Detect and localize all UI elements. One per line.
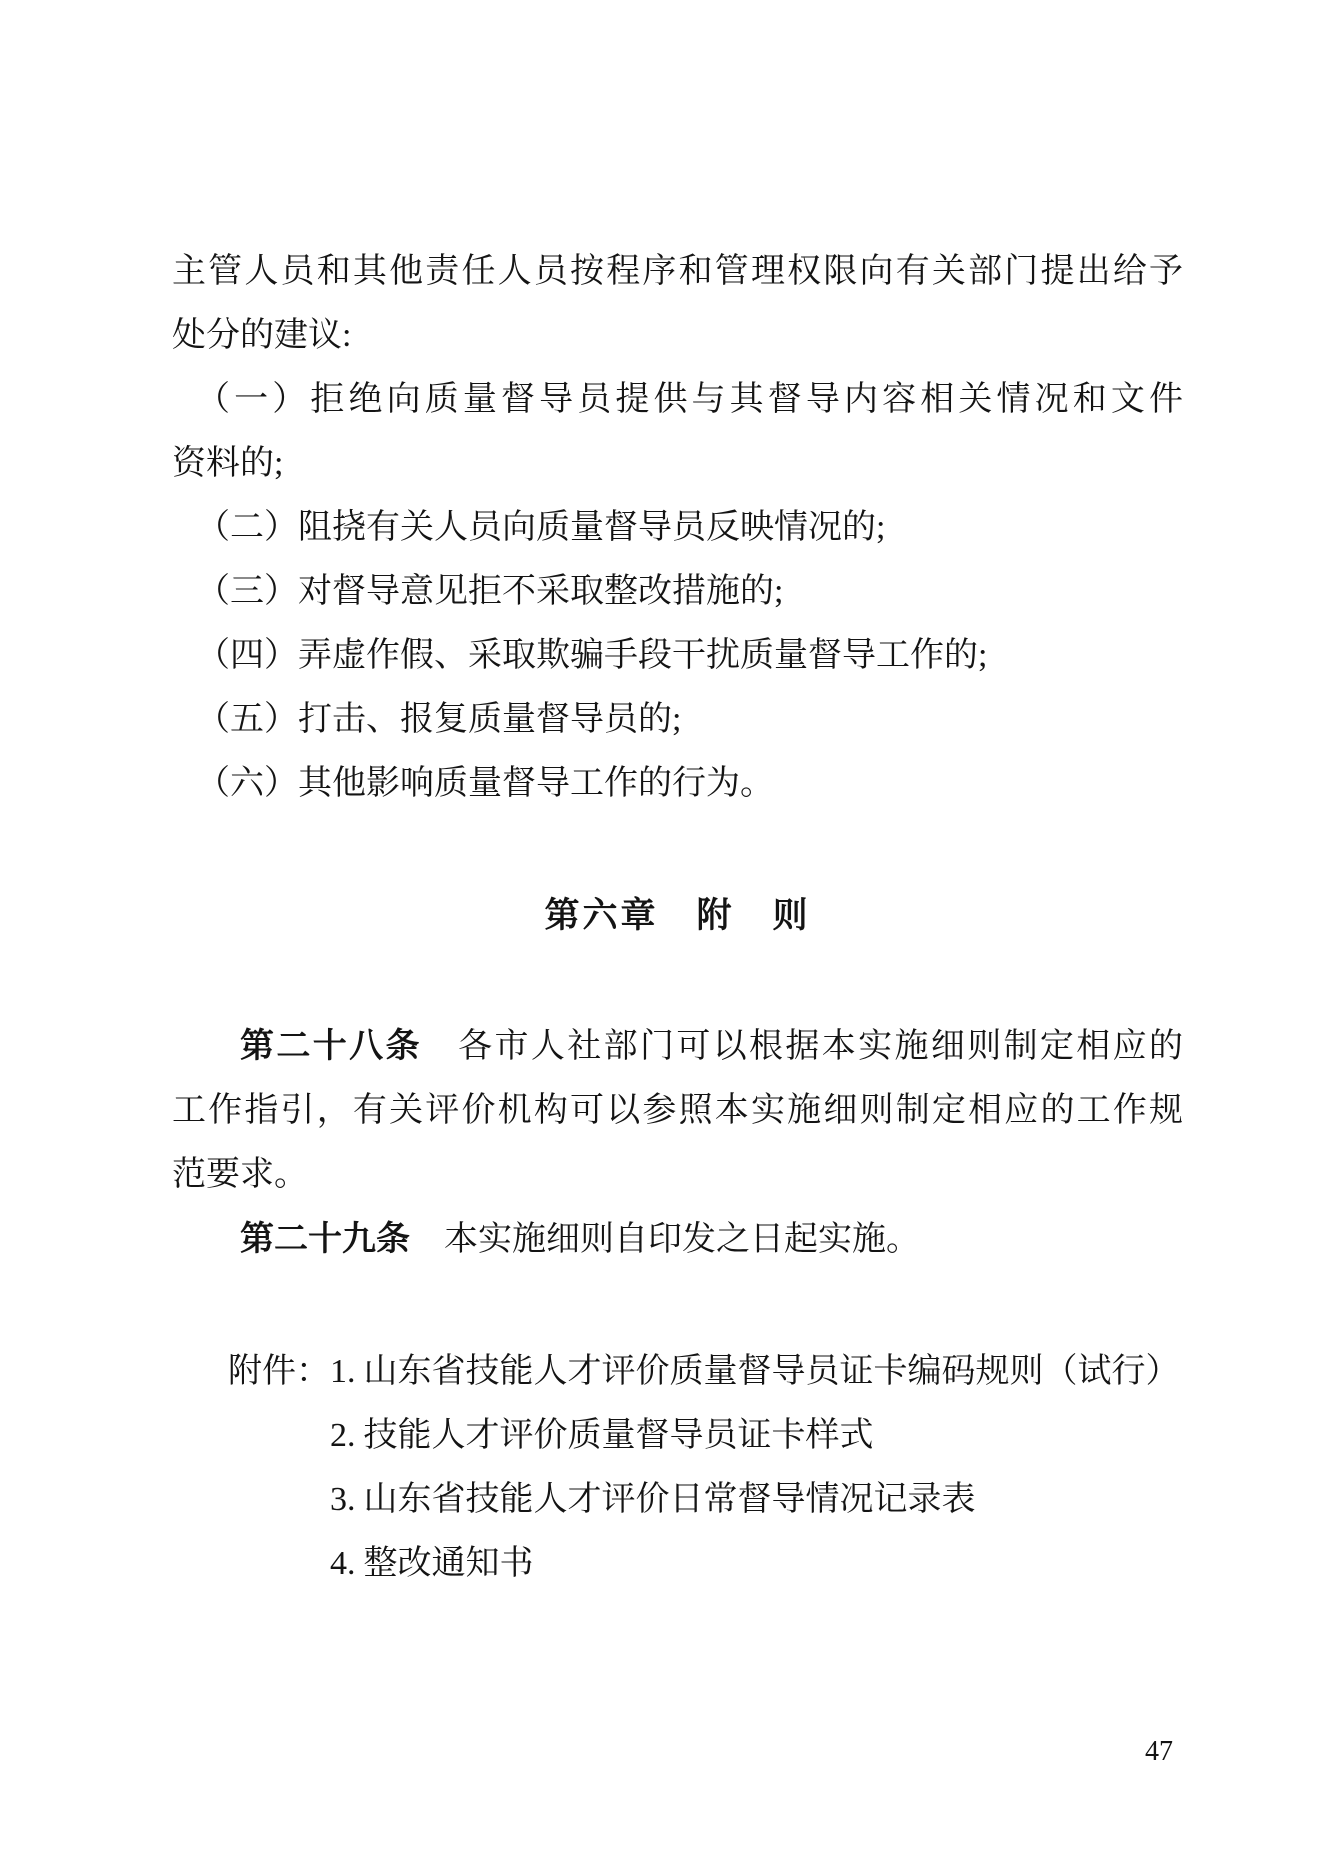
list-item-line: （四）弄虚作假、采取欺骗手段干扰质量督导工作的; bbox=[172, 624, 1183, 688]
attachment-title: 山东省技能人才评价日常督导情况记录表 bbox=[364, 1481, 976, 1518]
list-item-line: （一）拒绝向质量督导员提供与其督导内容相关情况和文件 bbox=[172, 368, 1183, 432]
document-page: 主管人员和其他责任人员按程序和管理权限向有关部门提出给予 处分的建议: （一）拒… bbox=[0, 0, 1323, 1871]
attachment-number: 1. bbox=[330, 1353, 356, 1390]
paragraph-line: 处分的建议: bbox=[172, 304, 1183, 368]
attachment-title: 山东省技能人才评价质量督导员证卡编码规则（试行） bbox=[364, 1353, 1180, 1390]
article-line: 工作指引，有关评价机构可以参照本实施细则制定相应的工作规 bbox=[172, 1079, 1183, 1143]
article-text: 各市人社部门可以根据本实施细则制定相应的 bbox=[422, 1028, 1183, 1065]
page-number: 47 bbox=[1145, 1736, 1173, 1768]
attachment-item: 2.技能人才评价质量督导员证卡样式 bbox=[172, 1404, 1183, 1468]
article-line: 范要求。 bbox=[172, 1143, 1183, 1207]
list-item-line: （五）打击、报复质量督导员的; bbox=[172, 688, 1183, 752]
article-number: 第二十九条 bbox=[240, 1220, 410, 1258]
attachment-item: 4.整改通知书 bbox=[172, 1532, 1183, 1596]
attachment-number: 3. bbox=[330, 1481, 356, 1518]
paragraph-line: 主管人员和其他责任人员按程序和管理权限向有关部门提出给予 bbox=[172, 240, 1183, 304]
attachments-list: 附件：1.山东省技能人才评价质量督导员证卡编码规则（试行） 2.技能人才评价质量… bbox=[172, 1340, 1183, 1596]
article-line: 第二十八条 各市人社部门可以根据本实施细则制定相应的 bbox=[172, 1014, 1183, 1079]
attachment-item: 3.山东省技能人才评价日常督导情况记录表 bbox=[172, 1468, 1183, 1532]
list-item-line: （三）对督导意见拒不采取整改措施的; bbox=[172, 560, 1183, 624]
attachment-number: 4. bbox=[330, 1545, 356, 1582]
attachment-number: 2. bbox=[330, 1417, 356, 1454]
attachment-title: 整改通知书 bbox=[364, 1545, 534, 1582]
chapter-heading: 第六章 附 则 bbox=[172, 884, 1183, 948]
document-body: 主管人员和其他责任人员按程序和管理权限向有关部门提出给予 处分的建议: （一）拒… bbox=[172, 0, 1183, 1596]
article-text: 本实施细则自印发之日起实施。 bbox=[410, 1221, 920, 1258]
article-number: 第二十八条 bbox=[240, 1027, 422, 1065]
attachment-item: 附件：1.山东省技能人才评价质量督导员证卡编码规则（试行） bbox=[172, 1340, 1183, 1404]
list-item-line: 资料的; bbox=[172, 432, 1183, 496]
attachments-label: 附件： bbox=[228, 1353, 330, 1390]
attachment-title: 技能人才评价质量督导员证卡样式 bbox=[364, 1417, 874, 1454]
list-item-line: （六）其他影响质量督导工作的行为。 bbox=[172, 752, 1183, 816]
list-item-line: （二）阻挠有关人员向质量督导员反映情况的; bbox=[172, 496, 1183, 560]
article-line: 第二十九条 本实施细则自印发之日起实施。 bbox=[172, 1207, 1183, 1272]
